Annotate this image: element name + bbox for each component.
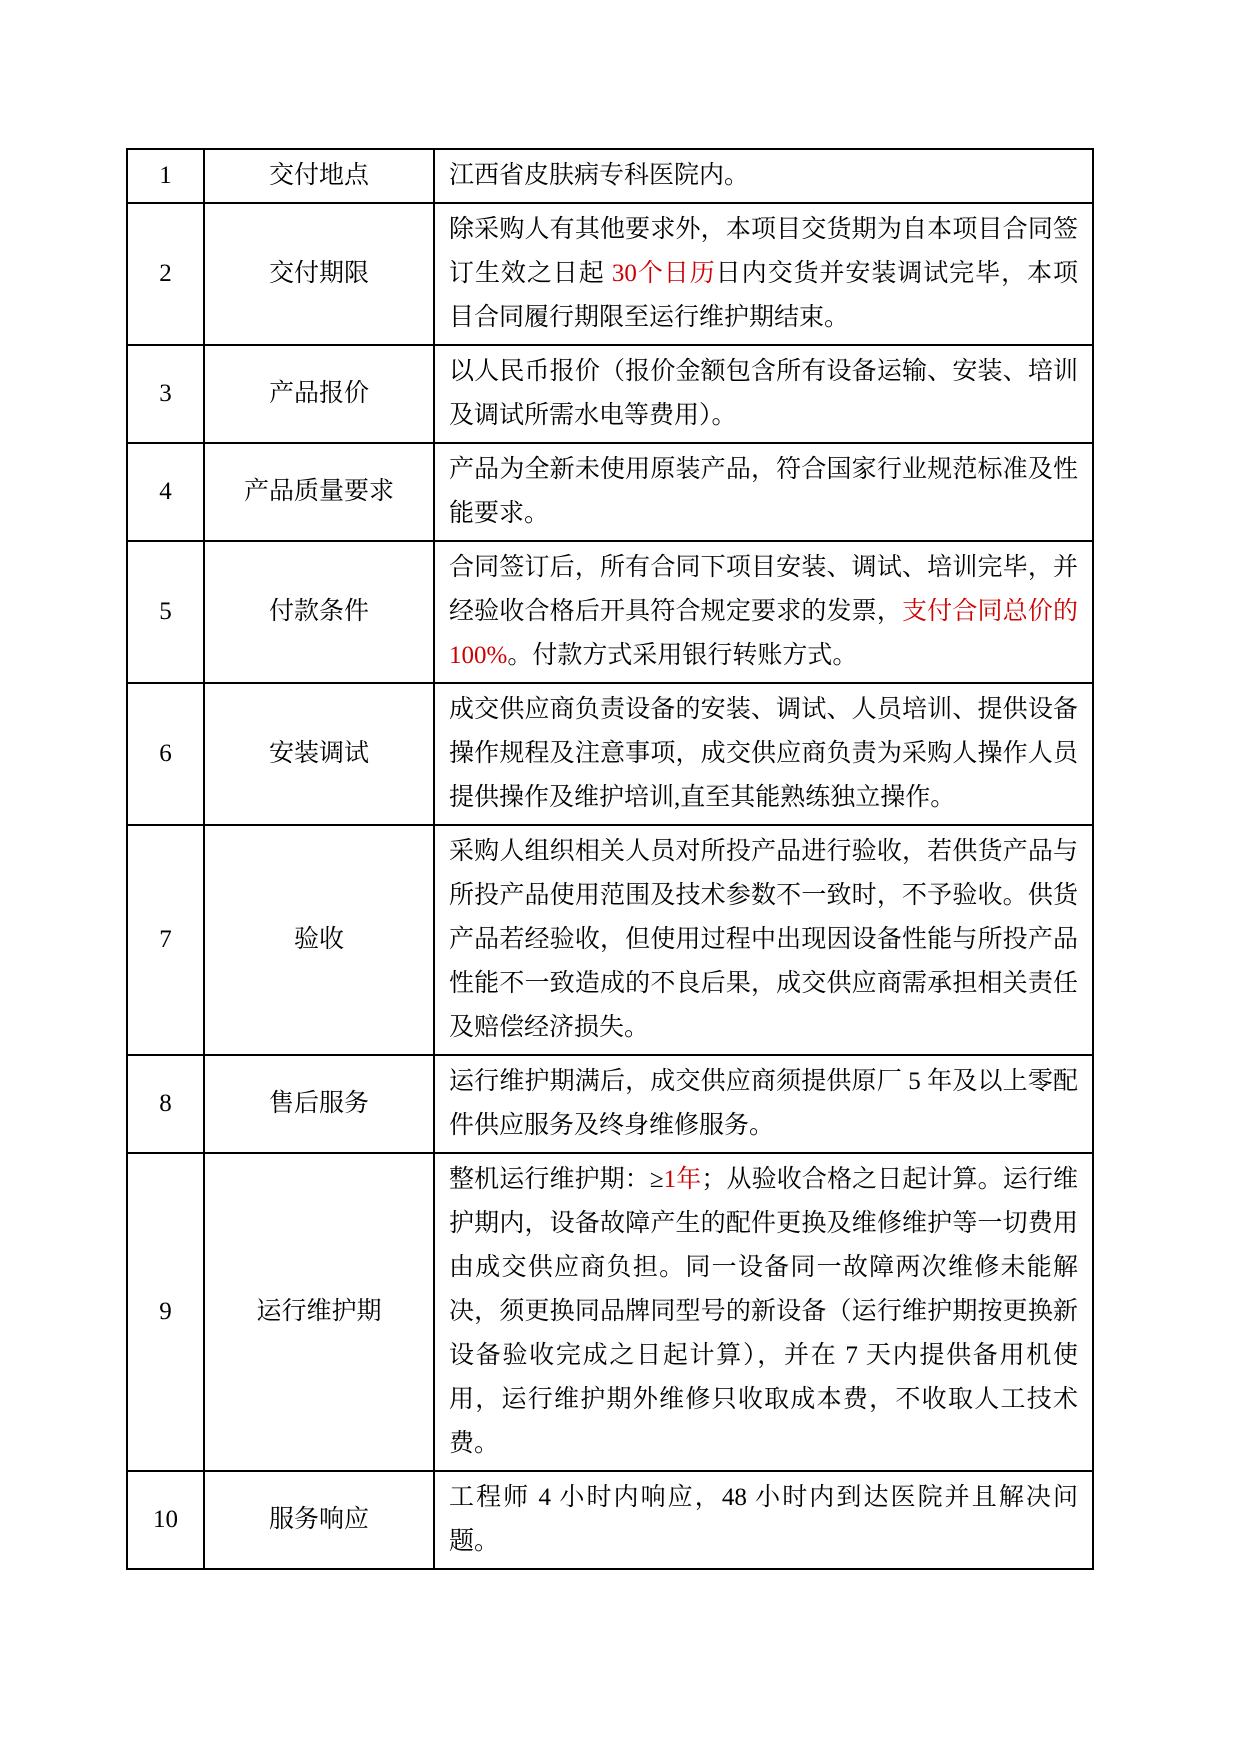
- table-row: 7 验收 采购人组织相关人员对所投产品进行验收，若供货产品与所投产品使用范围及技…: [127, 825, 1093, 1055]
- row-content: 工程师 4 小时内响应，48 小时内到达医院并且解决问题。: [434, 1471, 1093, 1569]
- highlighted-text: 1年: [664, 1166, 702, 1193]
- table-row: 5 付款条件 合同签订后，所有合同下项目安装、调试、培训完毕，并经验收合格后开具…: [127, 541, 1093, 683]
- row-label: 交付期限: [204, 203, 434, 345]
- row-label: 售后服务: [204, 1055, 434, 1153]
- row-content: 江西省皮肤病专科医院内。: [434, 149, 1093, 203]
- row-number: 4: [127, 443, 204, 541]
- table-row: 3 产品报价 以人民币报价（报价金额包含所有设备运输、安装、培训及调试所需水电等…: [127, 345, 1093, 443]
- specs-table-body: 1 交付地点 江西省皮肤病专科医院内。 2 交付期限 除采购人有其他要求外，本项…: [127, 149, 1093, 1569]
- row-content: 整机运行维护期：≥1年；从验收合格之日起计算。运行维护期内，设备故障产生的配件更…: [434, 1153, 1093, 1471]
- row-number: 3: [127, 345, 204, 443]
- document-page: 1 交付地点 江西省皮肤病专科医院内。 2 交付期限 除采购人有其他要求外，本项…: [0, 0, 1240, 1754]
- row-content: 以人民币报价（报价金额包含所有设备运输、安装、培训及调试所需水电等费用）。: [434, 345, 1093, 443]
- content-text: ；从验收合格之日起计算。运行维护期内，设备故障产生的配件更换及维修维护等一切费用…: [449, 1166, 1078, 1457]
- content-text: 产品为全新未使用原装产品，符合国家行业规范标准及性能要求。: [449, 456, 1078, 527]
- table-row: 2 交付期限 除采购人有其他要求外，本项目交货期为自本项目合同签订生效之日起 3…: [127, 203, 1093, 345]
- row-number: 6: [127, 683, 204, 825]
- table-row: 1 交付地点 江西省皮肤病专科医院内。: [127, 149, 1093, 203]
- table-row: 4 产品质量要求 产品为全新未使用原装产品，符合国家行业规范标准及性能要求。: [127, 443, 1093, 541]
- row-number: 10: [127, 1471, 204, 1569]
- table-row: 9 运行维护期 整机运行维护期：≥1年；从验收合格之日起计算。运行维护期内，设备…: [127, 1153, 1093, 1471]
- row-number: 7: [127, 825, 204, 1055]
- row-number: 5: [127, 541, 204, 683]
- content-text: 成交供应商负责设备的安装、调试、人员培训、提供设备操作规程及注意事项，成交供应商…: [449, 696, 1078, 811]
- table-row: 8 售后服务 运行维护期满后，成交供应商须提供原厂 5 年及以上零配件供应服务及…: [127, 1055, 1093, 1153]
- row-label: 交付地点: [204, 149, 434, 203]
- row-label: 运行维护期: [204, 1153, 434, 1471]
- content-text: 。付款方式采用银行转账方式。: [507, 642, 857, 669]
- row-label: 产品质量要求: [204, 443, 434, 541]
- content-text: 工程师 4 小时内响应，48 小时内到达医院并且解决问题。: [449, 1484, 1078, 1555]
- content-text: 以人民币报价（报价金额包含所有设备运输、安装、培训及调试所需水电等费用）。: [449, 358, 1078, 429]
- row-content: 合同签订后，所有合同下项目安装、调试、培训完毕，并经验收合格后开具符合规定要求的…: [434, 541, 1093, 683]
- specs-table: 1 交付地点 江西省皮肤病专科医院内。 2 交付期限 除采购人有其他要求外，本项…: [126, 148, 1094, 1570]
- content-text: 江西省皮肤病专科医院内。: [449, 162, 749, 189]
- row-number: 9: [127, 1153, 204, 1471]
- row-label: 服务响应: [204, 1471, 434, 1569]
- content-text: 采购人组织相关人员对所投产品进行验收，若供货产品与所投产品使用范围及技术参数不一…: [449, 838, 1078, 1041]
- row-number: 8: [127, 1055, 204, 1153]
- row-content: 产品为全新未使用原装产品，符合国家行业规范标准及性能要求。: [434, 443, 1093, 541]
- row-label: 验收: [204, 825, 434, 1055]
- highlighted-text: 30个日历: [612, 260, 716, 287]
- row-content: 除采购人有其他要求外，本项目交货期为自本项目合同签订生效之日起 30个日历日内交…: [434, 203, 1093, 345]
- row-number: 1: [127, 149, 204, 203]
- row-content: 采购人组织相关人员对所投产品进行验收，若供货产品与所投产品使用范围及技术参数不一…: [434, 825, 1093, 1055]
- content-text: 整机运行维护期：≥: [449, 1166, 664, 1193]
- content-text: 运行维护期满后，成交供应商须提供原厂 5 年及以上零配件供应服务及终身维修服务。: [449, 1068, 1078, 1139]
- row-number: 2: [127, 203, 204, 345]
- row-label: 付款条件: [204, 541, 434, 683]
- table-row: 10 服务响应 工程师 4 小时内响应，48 小时内到达医院并且解决问题。: [127, 1471, 1093, 1569]
- row-content: 运行维护期满后，成交供应商须提供原厂 5 年及以上零配件供应服务及终身维修服务。: [434, 1055, 1093, 1153]
- row-label: 产品报价: [204, 345, 434, 443]
- row-content: 成交供应商负责设备的安装、调试、人员培训、提供设备操作规程及注意事项，成交供应商…: [434, 683, 1093, 825]
- row-label: 安装调试: [204, 683, 434, 825]
- table-row: 6 安装调试 成交供应商负责设备的安装、调试、人员培训、提供设备操作规程及注意事…: [127, 683, 1093, 825]
